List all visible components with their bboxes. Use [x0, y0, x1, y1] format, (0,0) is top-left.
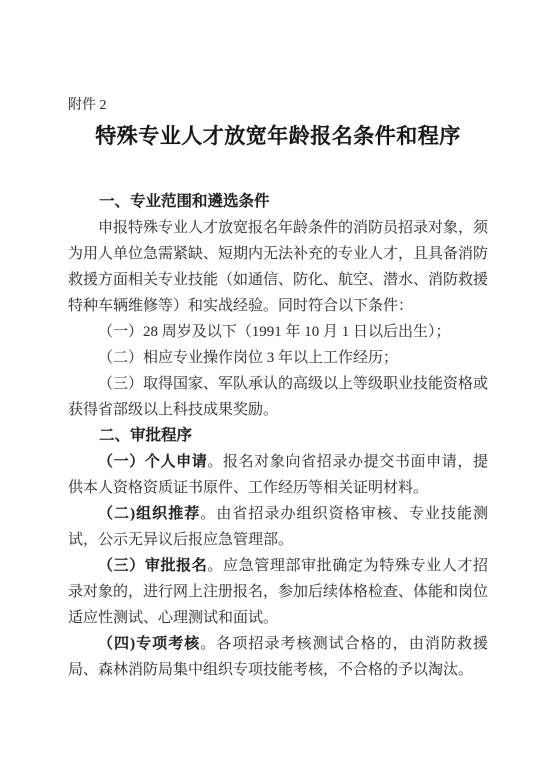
selection-intro-paragraph: 申报特殊专业人才放宽报名年龄条件的消防员招录对象，须为用人单位急需紧缺、短期内无… — [68, 215, 488, 319]
condition-item-2: （二）相应专业操作岗位 3 年以上工作经历； — [68, 345, 488, 371]
procedure-step-2: （二)组织推荐。由省招录办组织资格审核、专业技能测试，公示无异议后报应急管理部。 — [68, 501, 488, 553]
section-heading-approval: 二、审批程序 — [68, 423, 488, 449]
procedure-step-4: （四)专项考核。各项招录考核测试合格的，由消防救援局、森林消防局集中组织专项技能… — [68, 631, 488, 683]
document-body: 一、专业范围和遴选条件 申报特殊专业人才放宽报名年龄条件的消防员招录对象，须为用… — [68, 189, 488, 683]
step-label-personal-application: （一）个人申请 — [98, 454, 207, 470]
step-label-approval-registration: （三）审批报名 — [98, 558, 207, 574]
procedure-step-1: （一）个人申请。报名对象向省招录办提交书面申请，提供本人资格资质证书原件、工作经… — [68, 449, 488, 501]
step-label-organization-recommendation: （二)组织推荐 — [98, 506, 200, 522]
procedure-step-3: （三）审批报名。应急管理部审批确定为特殊专业人才招录对象的，进行网上注册报名，参… — [68, 553, 488, 631]
condition-item-1: （一）28 周岁及以下（1991 年 10 月 1 日以后出生）； — [68, 319, 488, 345]
document-page: 附件 2 特殊专业人才放宽年龄报名条件和程序 一、专业范围和遴选条件 申报特殊专… — [0, 0, 554, 784]
section-heading-selection: 一、专业范围和遴选条件 — [68, 189, 488, 215]
attachment-label: 附件 2 — [68, 98, 488, 114]
condition-item-3: （三）取得国家、军队承认的高级以上等级职业技能资格或获得省部级以上科技成果奖励。 — [68, 371, 488, 423]
document-title: 特殊专业人才放宽年龄报名条件和程序 — [68, 122, 488, 150]
step-label-special-assessment: （四)专项考核 — [98, 636, 200, 652]
